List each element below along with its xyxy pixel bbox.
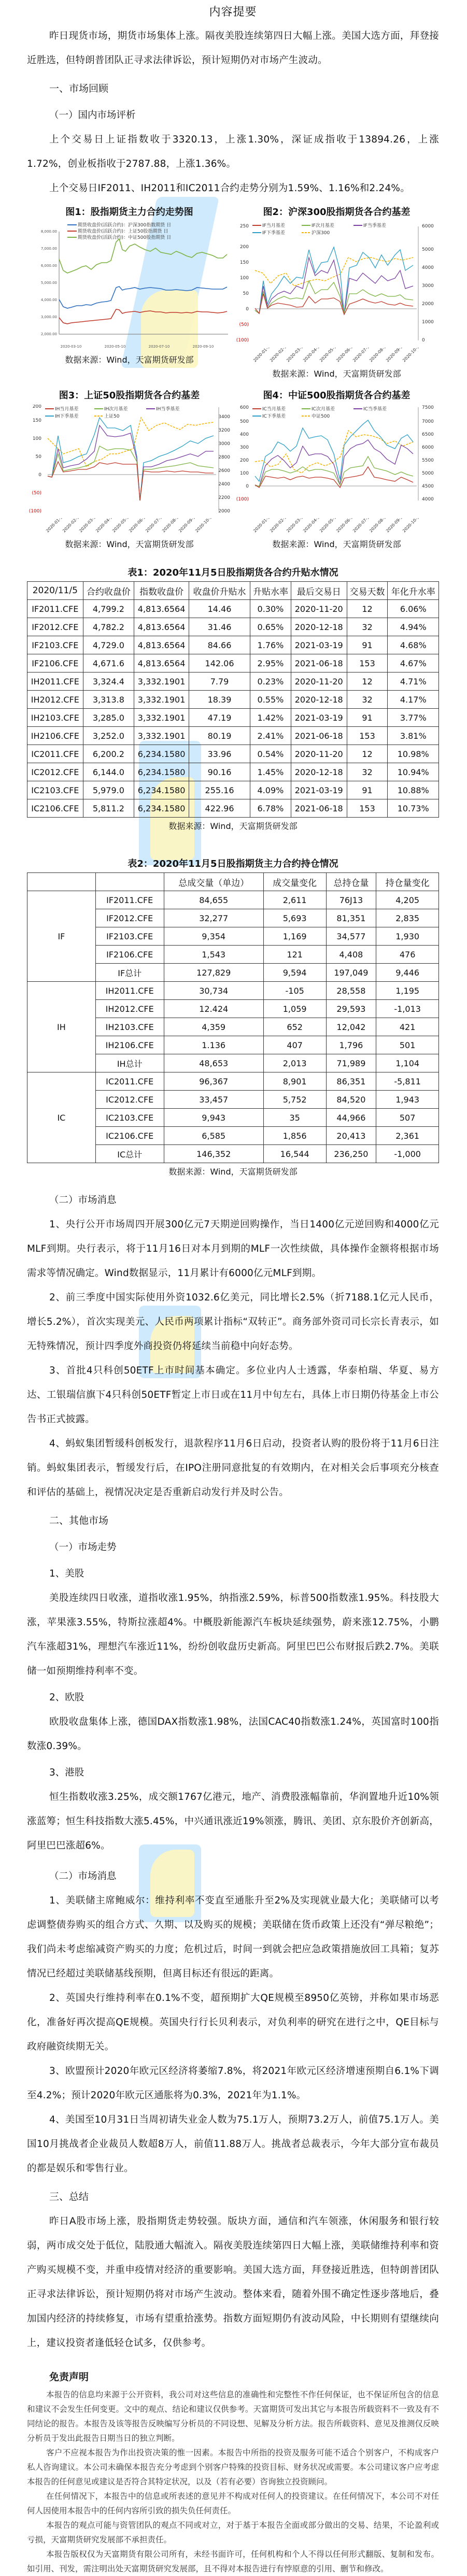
svg-text:0: 0 [38, 473, 41, 478]
table-2-cell: 6,585 [164, 1127, 263, 1145]
table-1-source: 数据来源：Wind，天富期货研发部 [27, 818, 439, 835]
table-2-cell: 236,250 [326, 1145, 376, 1163]
eu-stocks-paragraph: 欧股收盘集体上涨，德国DAX指数涨1.98%，法国CAC40指数涨1.24%，英… [27, 1710, 439, 1758]
figure-1-title: 图1：股指期货主力合约走势图 [27, 204, 232, 221]
svg-text:2400: 2400 [218, 482, 230, 487]
svg-text:上证50: 上证50 [104, 413, 120, 419]
svg-text:2000: 2000 [218, 509, 230, 514]
global-news-item: 1、美联储主席鲍威尔：维持利率不变直至通胀升至2%及实现就业最大化；美联储可以考… [27, 1888, 439, 1986]
table-2-group-label: IH [27, 982, 96, 1072]
table-2-cell: -1,013 [376, 1000, 439, 1018]
table-1-cell: 2021-03-19 [291, 636, 347, 654]
table-2-cell: 16,544 [263, 1145, 326, 1163]
table-1-cell: 3.81% [388, 727, 439, 745]
table-2-cell: 407 [263, 1036, 326, 1054]
table-2-row: ICIC2011.CFE96,3678,90186,351-5,811 [27, 1072, 439, 1091]
table-2-cell: IH2106.CFE [95, 1036, 164, 1054]
table-1-row: IF2011.CFE4,799.24,813.656414.460.30%202… [27, 600, 439, 618]
table-2-title: 表2：2020年11月5日股指期货主力合约持仓情况 [27, 856, 439, 872]
table-1-cell: 2020-12-18 [291, 763, 347, 781]
table-2-cell: 421 [376, 1018, 439, 1036]
table-2-group-label: IF [27, 891, 96, 982]
table-1-cell: 422.96 [189, 799, 250, 818]
news-item: 4、蚂蚁集团暂缓科创板发行，退款程序11月6日启动，投资者认购的股份将于11月6… [27, 1432, 439, 1505]
table-1-cell: 4,813.6564 [134, 654, 189, 672]
table-2-cell: 29,593 [326, 1000, 376, 1018]
table-1-cell: 18.39 [189, 691, 250, 709]
figure-1-legend: 期货收盘价(活跃合约)：沪深300指数期货 日 期货收盘价(活跃合约)：上证50… [67, 222, 171, 240]
table-2-positions: 总成交量（单边） 成交量变化 总持仓量 持仓量变化 IFIF2011.CFE84… [27, 872, 439, 1163]
svg-text:6000: 6000 [422, 224, 434, 229]
table-1-row: IH2106.CFE3,252.03,332.190180.192.41%202… [27, 727, 439, 745]
table-1-cell: 3,332.1901 [134, 672, 189, 691]
table-1-cell: 2.41% [250, 727, 291, 745]
table-1-cell: IH2011.CFE [27, 672, 83, 691]
svg-text:600: 600 [240, 405, 249, 410]
table-1-header: 年化升水率 [388, 582, 439, 600]
figure-4-source: 数据来源：Wind，天富期货研发部 [234, 536, 439, 555]
svg-text:4000: 4000 [422, 497, 434, 502]
table-1-row: IF2012.CFE4,782.24,813.656431.460.65%202… [27, 618, 439, 636]
table-1-cell: 4.17% [388, 691, 439, 709]
global-news-item: 2、英国央行维持利率在0.1%不变，超预期扩大QE规模至8950亿英镑，并称如果… [27, 1986, 439, 2059]
svg-text:2800: 2800 [218, 455, 230, 460]
table-1-cell: 0.55% [250, 691, 291, 709]
table-2-header: 成交量变化 [263, 873, 326, 891]
table-1-cell: 2020-11-20 [291, 600, 347, 618]
table-2-cell: 12,042 [326, 1018, 376, 1036]
table-1-cell: 90.16 [189, 763, 250, 781]
svg-text:3,000.00: 3,000.00 [41, 315, 57, 319]
figure-2-legend: IF当月基差 IF次月基差 IF当季基差 IF下季基差 沪深300 [252, 222, 386, 236]
svg-text:5,000.00: 5,000.00 [41, 281, 57, 285]
table-1-cell: 2020-12-18 [291, 618, 347, 636]
table-2-group-label: IC [27, 1072, 96, 1163]
svg-text:IC当季基差: IC当季基差 [363, 406, 387, 412]
table-1-cell: 6,200.2 [83, 745, 134, 763]
table-1-row: IF2103.CFE4,729.04,813.656484.661.76%202… [27, 636, 439, 654]
figure-2-plot: IF当月基差 IF次月基差 IF当季基差 IF下季基差 沪深300 (100) … [234, 221, 439, 346]
table-2-cell: 507 [376, 1109, 439, 1127]
svg-text:6,000.00: 6,000.00 [41, 264, 57, 268]
table-1-cell: 32 [347, 618, 388, 636]
svg-text:中证500: 中证500 [312, 413, 330, 419]
table-1-cell: 91 [347, 781, 388, 799]
disclaimer-paragraph: 本报告的观点可能与资管团队的观点不同或对立，对于基于本报告全面或部分做出的交易、… [27, 2518, 439, 2547]
table-2-body: IFIF2011.CFE84,6552,61176J134,205IF2012.… [27, 891, 439, 1163]
svg-text:0: 0 [246, 307, 249, 312]
table-2-header: 持仓量变化 [376, 873, 439, 891]
table-1-cell: 5,811.2 [83, 799, 134, 818]
figure-1-y-axis: 2,000.00 3,000.00 4,000.00 5,000.00 6,00… [41, 230, 57, 336]
table-2-cell: 44,966 [326, 1109, 376, 1127]
charts-row-2: 图3：上证50股指期货各合约基差 IH当月基差 IH次月基差 IH当季基差 IH… [27, 387, 439, 555]
svg-text:8,000.00: 8,000.00 [41, 230, 57, 234]
table-1-cell: 31.46 [189, 618, 250, 636]
table-2-cell: 4,205 [376, 891, 439, 909]
global-news-item: 3、欧盟预计2020年欧元区经济将萎缩7.8%，将2021年欧元区经济增速预期自… [27, 2059, 439, 2108]
svg-text:3000: 3000 [218, 441, 230, 447]
subsection-heading-global-news: （二）市场消息 [27, 1864, 439, 1888]
table-1-cell: 4,813.6564 [134, 618, 189, 636]
table-2-cell: 9,943 [164, 1109, 263, 1127]
table-1-cell: IF2106.CFE [27, 654, 83, 672]
table-2-cell: 71,989 [326, 1054, 376, 1072]
table-2-cell: 20,413 [326, 1127, 376, 1145]
table-1-cell: 3,285.0 [83, 709, 134, 727]
svg-text:IH次月基差: IH次月基差 [104, 406, 128, 412]
table-1-header: 2020/11/5 [27, 582, 83, 600]
table-2-cell: 8,901 [263, 1072, 326, 1091]
table-2-cell: IH2011.CFE [95, 982, 164, 1000]
table-2-cell: 12.424 [164, 1000, 263, 1018]
svg-text:3000: 3000 [422, 283, 434, 289]
table-1-cell: 12 [347, 672, 388, 691]
table-2-cell: 4,359 [164, 1018, 263, 1036]
svg-text:50: 50 [36, 454, 42, 460]
table-1-cell: IF2103.CFE [27, 636, 83, 654]
svg-text:100: 100 [33, 436, 41, 441]
table-1-cell: 4,813.6564 [134, 636, 189, 654]
svg-text:2600: 2600 [218, 468, 230, 474]
table-1-body: IF2011.CFE4,799.24,813.656414.460.30%202… [27, 600, 439, 818]
table-1-cell: 4.71% [388, 672, 439, 691]
subsection-heading-market-news: （二）市场消息 [27, 1188, 439, 1212]
table-2-cell: 1,543 [164, 946, 263, 964]
svg-text:4500: 4500 [422, 484, 434, 489]
figure-3-plot: IH当月基差 IH次月基差 IH当季基差 IH下季基差 上证50 (100) (… [27, 405, 232, 516]
svg-text:2000: 2000 [422, 302, 434, 307]
svg-text:300: 300 [240, 445, 249, 450]
table-2-cell: 84,520 [326, 1091, 376, 1109]
svg-text:4,000.00: 4,000.00 [41, 298, 57, 302]
table-1-header-row: 2020/11/5 合约收盘价 指数收盘价 收盘价升贴水 升贴水率 最后交易日 … [27, 582, 439, 600]
svg-text:7500: 7500 [422, 405, 434, 410]
section-heading-other-markets: 二、其他市场 [27, 1509, 439, 1533]
table-1-header: 指数收盘价 [134, 582, 189, 600]
table-2-row: IFIF2011.CFE84,6552,61176J134,205 [27, 891, 439, 909]
svg-text:2020-09-10: 2020-09-10 [193, 345, 214, 349]
table-2-cell: 1,943 [376, 1091, 439, 1109]
table-1-cell: 142.06 [189, 654, 250, 672]
figure-4-x-axis: 2020-01-10 2020-02-10 2020-03-10 2020-04… [234, 518, 439, 534]
figure-4-title: 图4：中证500股指期货各合约基差 [234, 387, 439, 405]
table-1-row: IF2106.CFE4,671.64,813.6564142.062.95%20… [27, 654, 439, 672]
svg-text:6500: 6500 [422, 432, 434, 437]
table-2-cell: 1,930 [376, 927, 439, 946]
table-2-cell: 76J13 [326, 891, 376, 909]
table-1-cell: 0.65% [250, 618, 291, 636]
table-2-cell: 84,655 [164, 891, 263, 909]
table-1-cell: 4.94% [388, 618, 439, 636]
table-2-cell: 9,594 [263, 964, 326, 982]
table-1-cell: 7.79 [189, 672, 250, 691]
figure-4-right-axis: 4000 4500 5000 5500 6000 6500 7000 7500 [422, 405, 434, 502]
figure-2: 图2：沪深300股指期货各合约基差 IF当月基差 IF次月基差 IF当季基差 I… [234, 204, 439, 385]
svg-text:2020-05-10: 2020-05-10 [105, 345, 126, 349]
figure-2-title: 图2：沪深300股指期货各合约基差 [234, 204, 439, 221]
svg-text:100: 100 [240, 276, 249, 281]
table-1-header: 交易天数 [347, 582, 388, 600]
table-1-cell: 91 [347, 709, 388, 727]
table-1-header: 升贴水率 [250, 582, 291, 600]
table-1-cell: 1.45% [250, 763, 291, 781]
table-1-cell: 0.23% [250, 672, 291, 691]
figure-3-title: 图3：上证50股指期货各合约基差 [27, 387, 232, 405]
svg-text:IH当季基差: IH当季基差 [156, 406, 179, 412]
table-1-cell: 3,252.0 [83, 727, 134, 745]
table-2-cell: 501 [376, 1036, 439, 1054]
table-1-cell: 4,729.0 [83, 636, 134, 654]
table-1-row: IH2011.CFE3,324.43,332.19017.790.23%2020… [27, 672, 439, 691]
table-1-cell: 3,313.8 [83, 691, 134, 709]
svg-text:沪深300: 沪深300 [312, 230, 330, 236]
eu-stocks-heading: 2、欧股 [27, 1685, 439, 1710]
figure-2-left-axis: (100) (50) 0 50 100 150 200 250 [236, 224, 249, 343]
disclaimer-paragraph: 在任何情况下，本报告中的信息或所表述的意见并不构成对任何人的投资建议。在任何情况… [27, 2489, 439, 2518]
table-2-cell: 32,277 [164, 909, 263, 927]
table-2-cell: IC总计 [95, 1145, 164, 1163]
svg-text:2020-07-10: 2020-07-10 [149, 345, 170, 349]
us-stocks-heading: 1、美股 [27, 1562, 439, 1586]
table-2-cell: 9,446 [376, 964, 439, 982]
table-1-cell: 6.78% [250, 799, 291, 818]
table-1-cell: 0.30% [250, 600, 291, 618]
table-1-cell: 4.09% [250, 781, 291, 799]
table-1-cell: 5,979.0 [83, 781, 134, 799]
news-item: 1、央行公开市场周四开展300亿元7天期逆回购操作，当日1400亿元逆回购和40… [27, 1212, 439, 1285]
svg-text:IC当月基差: IC当月基差 [262, 406, 286, 412]
table-1-cell: IH2103.CFE [27, 709, 83, 727]
figure-4-legend: IC当月基差 IC次月基差 IC当季基差 IC下季基差 中证500 [252, 406, 387, 419]
table-2-cell: 197,049 [326, 964, 376, 982]
contract-trend-paragraph: 上个交易日IF2011、IH2011和IC2011合约走势分别为1.59%、1.… [27, 176, 439, 201]
svg-text:2,000.00: 2,000.00 [41, 332, 57, 336]
svg-text:IF当月基差: IF当月基差 [262, 222, 285, 228]
table-1-cell: 3,332.1901 [134, 727, 189, 745]
global-news-item: 4、美国至10月31日当周初请失业金人数为75.1万人，预期73.2万人，前值7… [27, 2108, 439, 2181]
figure-3-source: 数据来源：Wind，天富期货研发部 [27, 536, 232, 555]
table-1-cell: 10.88% [388, 781, 439, 799]
svg-text:(50): (50) [239, 322, 249, 327]
table-2-cell: 1,856 [263, 1127, 326, 1145]
table-1-cell: 0.54% [250, 745, 291, 763]
table-1-cell: 10.94% [388, 763, 439, 781]
table-1-cell: IC2106.CFE [27, 799, 83, 818]
svg-text:5500: 5500 [422, 458, 434, 463]
svg-text:(100): (100) [29, 509, 41, 514]
news-item: 2、前三季度中国实际使用外资1032.6亿美元，同比增长2.5%（折7188.1… [27, 1285, 439, 1358]
table-1-cell: 2020-12-18 [291, 691, 347, 709]
table-2-cell: IF2106.CFE [95, 946, 164, 964]
table-2-row: IHIH2011.CFE30,734-10528,5581,195 [27, 982, 439, 1000]
svg-text:500: 500 [240, 419, 249, 424]
figure-3: 图3：上证50股指期货各合约基差 IH当月基差 IH次月基差 IH当季基差 IH… [27, 387, 232, 555]
hk-stocks-heading: 3、港股 [27, 1761, 439, 1785]
table-1-cell: 47.19 [189, 709, 250, 727]
figure-4-plot: IC当月基差 IC次月基差 IC当季基差 IC下季基差 中证500 (100) … [234, 405, 439, 516]
svg-text:200: 200 [240, 245, 249, 250]
table-1-cell: 153 [347, 654, 388, 672]
disclaimer-paragraph: 本报告的信息均来源于公开资料，我公司对这些信息的准确性和完整性不作任何保证，也不… [27, 2387, 439, 2445]
table-1-row: IH2012.CFE3,313.83,332.190118.390.55%202… [27, 691, 439, 709]
figure-1-x-axis: 2020-03-10 2020-05-10 2020-07-10 2020-09… [27, 343, 232, 349]
figure-2-right-axis: 0 1000 2000 3000 4000 5000 6000 [422, 224, 434, 343]
table-2-cell: 1,169 [263, 927, 326, 946]
svg-text:7000: 7000 [422, 419, 434, 424]
figure-3-right-axis: 2000 2200 2400 2600 2800 3000 3200 3400 [218, 414, 230, 514]
table-1-cell: 80.19 [189, 727, 250, 745]
table-1-cell: 2020-11-20 [291, 672, 347, 691]
table-2-cell: IC2106.CFE [95, 1127, 164, 1145]
svg-text:5000: 5000 [422, 247, 434, 252]
figure-2-x-axis: 2020-01-10 2020-02-10 2020-03-10 2020-04… [234, 348, 439, 363]
table-1-cell: 12 [347, 600, 388, 618]
svg-text:IC下季基差: IC下季基差 [262, 413, 286, 419]
table-2-cell: 1,104 [376, 1054, 439, 1072]
table-1-cell: 14.46 [189, 600, 250, 618]
svg-text:7,000.00: 7,000.00 [41, 247, 57, 251]
table-1-cell: 2021-03-19 [291, 781, 347, 799]
table-1-header: 合约收盘价 [83, 582, 134, 600]
table-1-cell: 4,813.6564 [134, 600, 189, 618]
table-2-cell: 2,611 [263, 891, 326, 909]
table-2-cell: 146,352 [164, 1145, 263, 1163]
table-1-cell: 2.95% [250, 654, 291, 672]
table-2-cell: 35 [263, 1109, 326, 1127]
subsection-heading-market-trend: （一）市场走势 [27, 1535, 439, 1559]
svg-text:期货收盘价(活跃合约)：上证50股指期货 日: 期货收盘价(活跃合约)：上证50股指期货 日 [78, 228, 168, 234]
table-1-header: 最后交易日 [291, 582, 347, 600]
table-1-row: IC2011.CFE6,200.26,234.158033.960.54%202… [27, 745, 439, 763]
table-2-cell: IF2012.CFE [95, 909, 164, 927]
table-1-cell: 2021-06-18 [291, 654, 347, 672]
table-2-header: 总成交量（单边） [164, 873, 263, 891]
table-2-cell: 28,558 [326, 982, 376, 1000]
table-2-cell: 48,653 [164, 1054, 263, 1072]
svg-text:3400: 3400 [218, 414, 230, 420]
table-2-cell: IF2103.CFE [95, 927, 164, 946]
table-2-header [95, 873, 164, 891]
summary-conclusion-paragraph: 昨日A股市场上涨，股指期货走势较强。版块方面，通信和汽车领涨，休闲服务和银行较弱… [27, 2209, 439, 2355]
table-2-header: 总持仓量 [326, 873, 376, 891]
table-2-header [27, 873, 96, 891]
figure-3-x-axis: 2020-01-10 2020-02-10 2020-03-10 2020-04… [27, 518, 232, 534]
table-1-basis: 2020/11/5 合约收盘价 指数收盘价 收盘价升贴水 升贴水率 最后交易日 … [27, 581, 439, 818]
table-2-cell: IH总计 [95, 1054, 164, 1072]
svg-text:50: 50 [243, 291, 249, 296]
svg-text:(100): (100) [236, 497, 249, 502]
section-heading-summary: 三、总结 [27, 2185, 439, 2209]
disclaimer-paragraph: 客户不应视本报告为作出投资决策的惟一因素。本报告中所指的投资及服务可能不适合个别… [27, 2445, 439, 2489]
svg-text:2200: 2200 [218, 495, 230, 500]
table-2-cell: IH2103.CFE [95, 1018, 164, 1036]
table-1-cell: IH2012.CFE [27, 691, 83, 709]
table-1-header: 收盘价升贴水 [189, 582, 250, 600]
us-stocks-paragraph: 美股连续四日收涨，道指收涨1.95%，纳指涨2.59%，标普500指数涨1.95… [27, 1586, 439, 1683]
table-1-cell: 4,799.2 [83, 600, 134, 618]
table-2-header-row: 总成交量（单边） 成交量变化 总持仓量 持仓量变化 [27, 873, 439, 891]
table-1-cell: 10.73% [388, 799, 439, 818]
table-2-cell: 2,835 [376, 909, 439, 927]
table-1-cell: IF2011.CFE [27, 600, 83, 618]
svg-text:5000: 5000 [422, 471, 434, 476]
svg-text:6000: 6000 [422, 445, 434, 450]
svg-text:250: 250 [240, 224, 249, 229]
table-1-cell: 32 [347, 691, 388, 709]
table-1-cell: 6,144.0 [83, 763, 134, 781]
svg-text:IF次月基差: IF次月基差 [312, 222, 334, 228]
table-1-cell: 4.68% [388, 636, 439, 654]
charts-row-1: 图1：股指期货主力合约走势图 期货收盘价(活跃合约)：沪深300指数期货 日 期… [27, 204, 439, 385]
table-2-cell: 121 [263, 946, 326, 964]
table-1-cell: IH2106.CFE [27, 727, 83, 745]
table-2-cell: IH2012.CFE [95, 1000, 164, 1018]
table-2-cell: 86,351 [326, 1072, 376, 1091]
figure-4: 图4：中证500股指期货各合约基差 IC当月基差 IC次月基差 IC当季基差 I… [234, 387, 439, 555]
svg-text:2020-10-10: 2020-10-10 [402, 518, 422, 533]
table-1-cell: 6,234.1580 [134, 781, 189, 799]
table-1-row: IH2103.CFE3,285.03,332.190147.191.42%202… [27, 709, 439, 727]
svg-text:150: 150 [240, 260, 249, 265]
table-2-cell: 4,408 [326, 946, 376, 964]
table-2-cell: 5,693 [263, 909, 326, 927]
table-1-cell: 2021-06-18 [291, 799, 347, 818]
svg-text:IC次月基差: IC次月基差 [312, 406, 335, 412]
table-1-cell: 6,234.1580 [134, 763, 189, 781]
table-2-cell: 34,577 [326, 927, 376, 946]
table-2-cell: 476 [376, 946, 439, 964]
figure-4-left-axis: (100) 0 100 200 300 400 500 600 [236, 405, 249, 502]
table-1-cell: 10.98% [388, 745, 439, 763]
table-1-cell: 32 [347, 763, 388, 781]
svg-text:200: 200 [33, 405, 41, 409]
table-1-cell: IC2011.CFE [27, 745, 83, 763]
summary-paragraph: 昨日现货市场，期货市场集体上涨。隔夜美股连续第四日大幅上涨。美国大选方面，拜登接… [27, 24, 439, 73]
svg-text:IH当月基差: IH当月基差 [55, 406, 78, 412]
table-2-cell: 1,059 [263, 1000, 326, 1018]
table-2-cell: 1.136 [164, 1036, 263, 1054]
table-1-cell: IF2012.CFE [27, 618, 83, 636]
svg-text:3200: 3200 [218, 428, 230, 433]
table-1-cell: 153 [347, 727, 388, 745]
table-2-cell: IC2012.CFE [95, 1091, 164, 1109]
table-2-cell: 2,013 [263, 1054, 326, 1072]
figure-1-plot: 期货收盘价(活跃合约)：沪深300指数期货 日 期货收盘价(活跃合约)：上证50… [27, 221, 232, 339]
table-2-cell: 33,457 [164, 1091, 263, 1109]
svg-text:期货收盘价(活跃合约)：沪深300指数期货 日: 期货收盘价(活跃合约)：沪深300指数期货 日 [78, 222, 171, 228]
table-1-cell: 3,332.1901 [134, 691, 189, 709]
table-2-cell: -5,811 [376, 1072, 439, 1091]
table-2-cell: 1,195 [376, 982, 439, 1000]
svg-text:0: 0 [246, 484, 249, 489]
table-2-cell: 5,752 [263, 1091, 326, 1109]
table-2-cell: 30,734 [164, 982, 263, 1000]
table-1-cell: 6,234.1580 [134, 799, 189, 818]
table-2-cell: -1,000 [376, 1145, 439, 1163]
table-2-cell: 2,361 [376, 1127, 439, 1145]
table-1-cell: 84.66 [189, 636, 250, 654]
disclaimer-paragraph: 本报告版权仅为天富期货有限公司所有，未经书面许可，任何机构和个人不得以任何形式翻… [27, 2547, 439, 2576]
svg-text:200: 200 [240, 458, 249, 463]
svg-text:150: 150 [33, 418, 41, 423]
table-1-cell: 1.76% [250, 636, 291, 654]
table-1-cell: 255.16 [189, 781, 250, 799]
svg-text:2020-10-10: 2020-10-10 [194, 518, 215, 533]
table-1-cell: 91 [347, 636, 388, 654]
figure-2-source: 数据来源：Wind，天富期货研发部 [234, 365, 439, 385]
svg-text:IH下季基差: IH下季基差 [55, 413, 78, 419]
